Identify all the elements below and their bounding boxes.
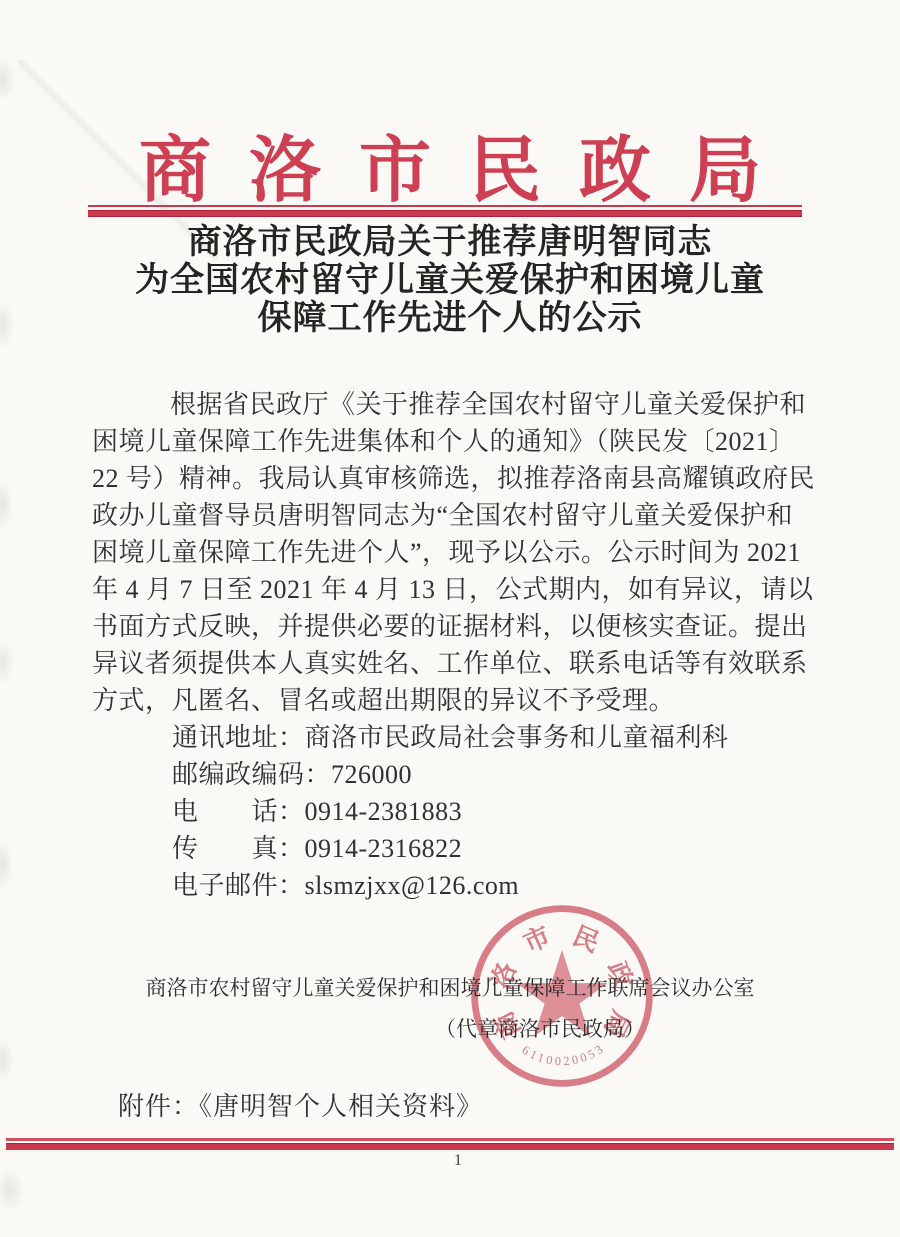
letterhead-rule-thick	[88, 210, 802, 217]
seal-arc-char: 市	[519, 921, 555, 958]
footer-rule-thin	[6, 1138, 894, 1141]
body-line: 困境儿童保障工作先进集体和个人的通知》（陕民发〔2021〕	[92, 423, 812, 460]
seal-arc-char: 民	[568, 921, 603, 958]
scan-smudge	[0, 630, 18, 694]
footer-rule-thick	[6, 1143, 894, 1150]
document-body: 根据省民政厅《关于推荐全国农村留守儿童关爱保护和 困境儿童保障工作先进集体和个人…	[92, 386, 812, 904]
body-line: 异议者须提供本人真实姓名、工作单位、联系电话等有效联系	[92, 645, 812, 682]
page-number: 1	[8, 1152, 900, 1170]
body-line: 根据省民政厅《关于推荐全国农村留守儿童关爱保护和	[92, 386, 812, 423]
body-line: 书面方式反映，并提供必要的证据材料，以便核实查证。提出	[92, 608, 812, 645]
document-title-line: 商洛市民政局关于推荐唐明智同志	[0, 224, 900, 262]
signature-office-line: 商洛市农村留守儿童关爱保护和困境儿童保障工作联席会议办公室	[0, 976, 900, 1001]
document-title-line: 保障工作先进个人的公示	[0, 300, 900, 338]
scan-smudge	[0, 50, 20, 110]
seal-serial-number: 6110020053	[520, 1041, 608, 1069]
letterhead-agency-name: 商洛市民政局	[0, 112, 900, 216]
scan-smudge	[0, 470, 18, 540]
scan-smudge	[0, 1030, 18, 1090]
attachment-note: 附件：《唐明智个人相关资料》	[118, 1086, 483, 1123]
contact-postcode-line: 邮编政编码：726000	[92, 756, 812, 793]
document-title-line: 为全国农村留守儿童关爱保护和困境儿童	[0, 262, 900, 300]
contact-phone-line: 电 话：0914-2381883	[92, 793, 812, 830]
body-line: 政办儿童督导员唐明智同志为“全国农村留守儿童关爱保护和	[92, 497, 812, 534]
contact-address-line: 通讯地址：商洛市民政局社会事务和儿童福利科	[92, 719, 812, 756]
body-line: 22 号）精神。我局认真审核筛选，拟推荐洛南县高耀镇政府民	[92, 460, 812, 497]
body-line: 年 4 月 7 日至 2021 年 4 月 13 日，公式期内，如有异议，请以	[92, 571, 812, 608]
contact-email-line: 电子邮件：slsmzjxx@126.com	[92, 867, 812, 904]
document-title: 商洛市民政局关于推荐唐明智同志 为全国农村留守儿童关爱保护和困境儿童 保障工作先…	[0, 224, 900, 338]
letterhead-rule-thin	[88, 205, 802, 207]
body-line: 方式，凡匿名、冒名或超出期限的异议不予受理。	[92, 682, 812, 719]
scan-smudge	[0, 830, 18, 900]
body-line: 困境儿童保障工作先进个人”，现予以公示。公示时间为 2021	[92, 534, 812, 571]
scanned-official-notice-page: 商洛市民政局 商洛市民政局关于推荐唐明智同志 为全国农村留守儿童关爱保护和困境儿…	[0, 0, 900, 1237]
contact-fax-line: 传 真：0914-2316822	[92, 830, 812, 867]
signature-on-behalf-line: （代章商洛市民政局）	[180, 1013, 900, 1043]
